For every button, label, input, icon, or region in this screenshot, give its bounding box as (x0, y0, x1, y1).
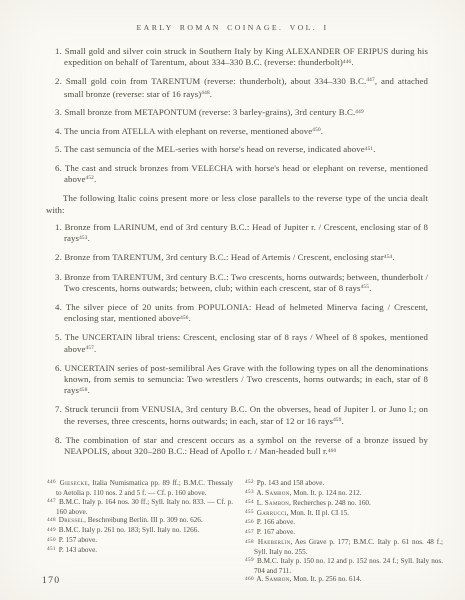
footnotes-section: 446 Giesecke, Italia Numismatica pp. 89 … (44, 479, 443, 585)
item-text: Bronze from LARINUM, end of 3rd century … (64, 222, 428, 243)
footnote: 454 L. Sambon, Recherches p. 248 no. 160… (242, 499, 443, 509)
item-number: 2. (55, 252, 62, 262)
item-number: 4. (55, 126, 62, 136)
footnote-number: 456 (245, 519, 254, 525)
author-name: Sambon (265, 575, 289, 583)
footnote: 450 P. 157 above. (44, 536, 233, 546)
page-number: 170 (42, 575, 60, 586)
footnote: 456 P. 166 above. (242, 518, 443, 528)
coin-list-item: 5. The cast semuncia of the MEL-series w… (48, 144, 428, 157)
footnote-ref: 460 (328, 448, 337, 454)
footnote: 446 Giesecke, Italia Numismatica pp. 89 … (44, 479, 233, 498)
footnote-number: 459 (245, 557, 254, 563)
footnote-number: 454 (245, 499, 254, 505)
footnote-ref: 453 (79, 235, 88, 241)
coin-list-item: 3. Bronze from TARENTUM, 3rd century B.C… (48, 272, 428, 296)
footnote-ref: 456 (180, 315, 189, 321)
item-text: Small bronze from METAPONTUM (reverse: 3… (64, 107, 363, 117)
author-name: Giesecke (60, 479, 88, 487)
item-text: Small gold coin from TARENTUM (reverse: … (64, 76, 428, 99)
footnote: 459 B.M.C. Italy p. 150 no. 12 and p. 15… (242, 557, 443, 576)
item-text: The cast semuncia of the MEL-series with… (64, 144, 375, 154)
footnote-number: 446 (47, 479, 56, 485)
footnote: 460 A. Sambon, Mon. It. p. 256 no. 614. (242, 575, 443, 585)
author-name: Sambon (265, 499, 289, 507)
footnote: 448 Dressel, Beschreibung Berlin. III p.… (44, 516, 233, 526)
item-text: The UNCERTAIN libral triens: Crescent, e… (64, 332, 428, 353)
coin-list-primary: 1. Small gold and silver coin struck in … (48, 46, 428, 192)
coin-list-parallels: 1. Bronze from LARINUM, end of 3rd centu… (48, 222, 428, 465)
footnote: 455 Garrucci, Mon. It. II pl. CI 15. (242, 509, 443, 519)
footnote: 458 Haeberlin, Aes Grave p. 177; B.M.C. … (242, 538, 443, 557)
footnote-ref: 457 (86, 345, 95, 351)
author-name: Haeberlin (258, 538, 291, 546)
coin-list-item: 1. Small gold and silver coin struck in … (48, 46, 428, 70)
item-number: 8. (55, 435, 62, 445)
footnote-ref: 458 (79, 387, 88, 393)
footnote: 447 B.M.C. Italy p. 164 nos. 30 ff.; Syl… (44, 498, 233, 517)
item-number: 3. (55, 107, 62, 117)
coin-list-item: 1. Bronze from LARINUM, end of 3rd centu… (48, 222, 428, 246)
coin-list-item: 5. The UNCERTAIN libral triens: Crescent… (48, 332, 428, 356)
coin-list-item: 4. The silver piece of 20 units from POP… (48, 302, 428, 326)
item-number: 1. (55, 46, 62, 56)
footnote-ref: 451 (365, 146, 374, 152)
footnote-ref: 459 (333, 417, 342, 423)
coin-list-item: 7. Struck teruncii from VENUSIA, 3rd cen… (48, 404, 428, 428)
item-number: 2. (55, 76, 62, 86)
footnotes-left-column: 446 Giesecke, Italia Numismatica pp. 89 … (44, 479, 233, 585)
footnote-number: 460 (245, 576, 254, 582)
footnote-ref: 449 (355, 109, 364, 115)
item-number: 7. (55, 404, 62, 414)
item-text: The combination of star and crescent occ… (64, 435, 428, 456)
item-number: 1. (55, 222, 62, 232)
book-page-scan: EARLY ROMAN COINAGE. VOL. I 1. Small gol… (0, 0, 465, 600)
item-number: 5. (55, 144, 62, 154)
footnote: 457 P. 167 above. (242, 528, 443, 538)
footnote-number: 452 (245, 479, 254, 485)
author-name: Sambon (265, 489, 289, 497)
footnote-number: 455 (245, 509, 254, 515)
coin-list-item: 2. Bronze from TARENTUM, 3rd century B.C… (48, 252, 428, 265)
item-text: Bronze from TARENTUM, 3rd century B.C.: … (64, 272, 428, 293)
item-text: Bronze from TARENTUM, 3rd century B.C.: … (64, 252, 394, 262)
coin-list-item: 8. The combination of star and crescent … (48, 435, 428, 459)
item-number: 4. (55, 302, 62, 312)
footnote: 452 Pp. 143 and 158 above. (242, 479, 443, 489)
footnotes-right-column: 452 Pp. 143 and 158 above.453 A. Sambon,… (242, 479, 443, 585)
footnote-number: 447 (47, 498, 56, 504)
item-text: Struck teruncii from VENUSIA, 3rd centur… (64, 404, 428, 425)
footnote-ref: 452 (86, 175, 95, 181)
item-number: 3. (55, 272, 62, 282)
item-number: 5. (55, 332, 62, 342)
footnote: 451 P. 143 above. (44, 546, 233, 556)
footnote-ref: 450 (312, 127, 321, 133)
coin-list-item: 3. Small bronze from METAPONTUM (reverse… (48, 107, 428, 120)
footnote-number: 458 (245, 539, 254, 545)
running-header: EARLY ROMAN COINAGE. VOL. I (0, 23, 465, 32)
coin-list-item: 2. Small gold coin from TARENTUM (revers… (48, 76, 428, 102)
item-number: 6. (55, 163, 62, 173)
coin-list-item: 4. The uncia from ATELLA with elephant o… (48, 126, 428, 139)
author-name: Garrucci (257, 509, 287, 517)
footnote-ref: 455 (361, 284, 370, 290)
author-name: Dressel (59, 516, 84, 524)
footnote-ref: 454 (384, 254, 393, 260)
coin-list-item: 6. UNCERTAIN series of post-semilibral A… (48, 363, 428, 399)
footnote-number: 451 (47, 546, 56, 552)
item-text: Small gold and silver coin struck in Sou… (64, 46, 428, 67)
footnote-ref: 447 (366, 77, 375, 83)
item-text: The silver piece of 20 units from POPULO… (64, 302, 428, 323)
footnote-ref: 446 (343, 59, 352, 65)
footnote: 453 A. Sambon, Mon. It. p. 124 no. 212. (242, 489, 443, 499)
footnote-number: 449 (47, 527, 56, 533)
intro-paragraph: The following Italic coins present more … (46, 193, 428, 216)
item-text: The uncia from ATELLA with elephant on r… (64, 126, 323, 136)
footnote: 449 B.M.C. Italy p. 261 no. 183; Syll. I… (44, 526, 233, 536)
coin-list-item: 6. The cast and struck bronzes from VELE… (48, 163, 428, 187)
item-text: The cast and struck bronzes from VELECHA… (64, 163, 428, 184)
item-text: UNCERTAIN series of post-semilibral Aes … (64, 363, 428, 395)
footnote-number: 457 (245, 529, 254, 535)
footnote-ref: 448 (201, 90, 210, 96)
item-number: 6. (55, 363, 62, 373)
footnote-number: 450 (47, 537, 56, 543)
footnote-number: 448 (47, 517, 56, 523)
footnote-number: 453 (245, 489, 254, 495)
